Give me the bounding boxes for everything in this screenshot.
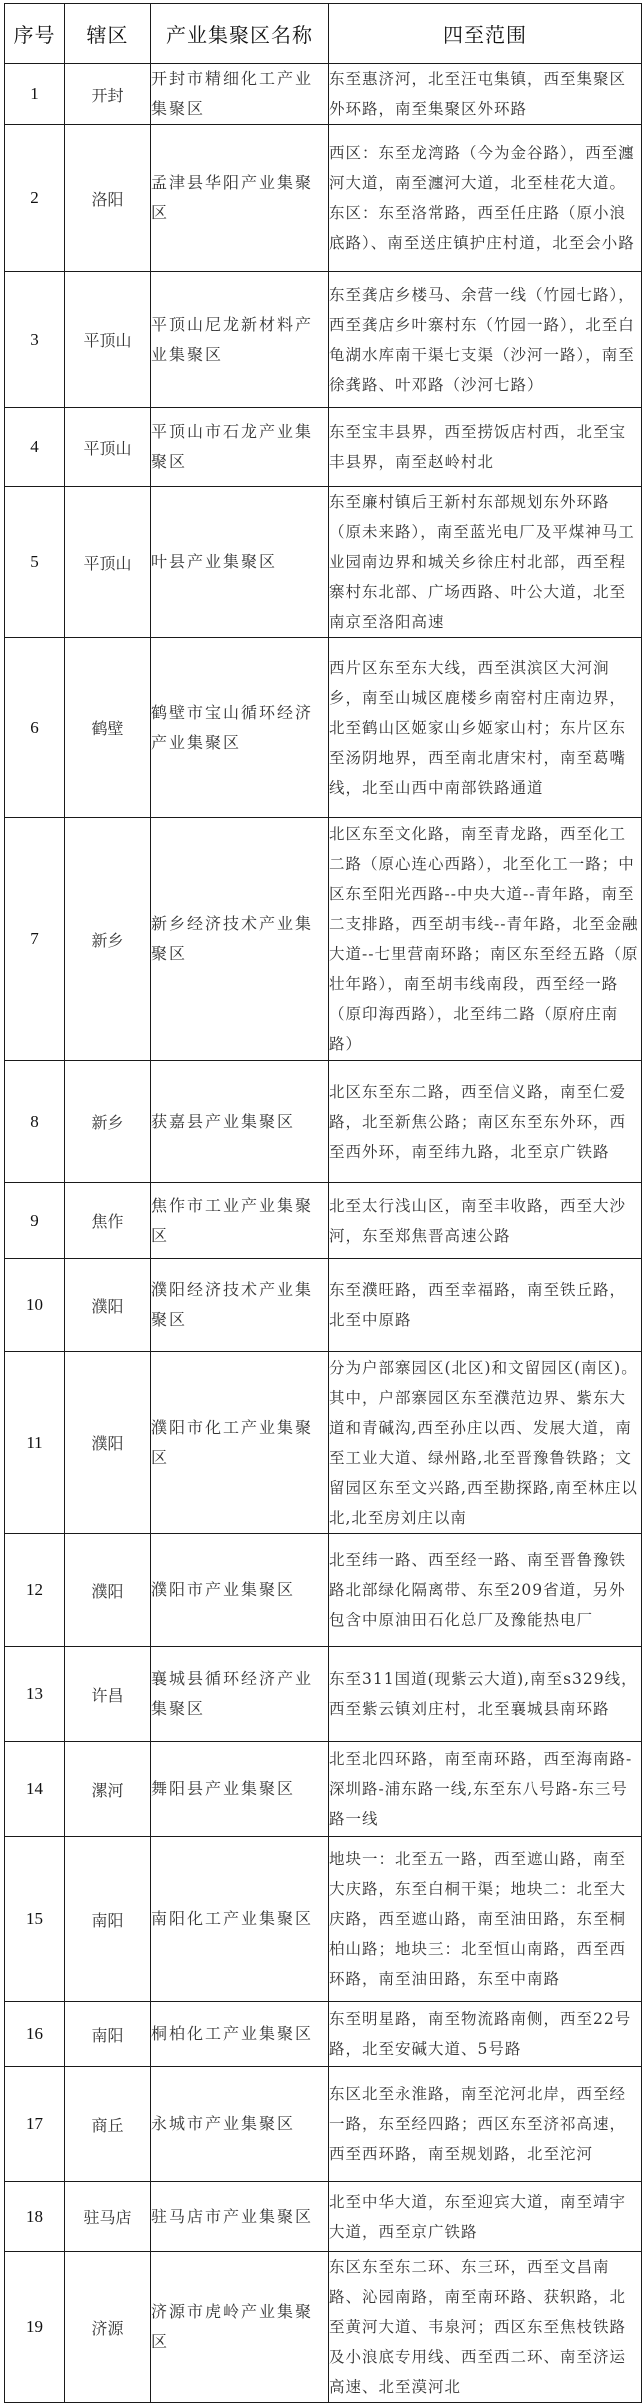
row-cluster-name: 濮阳市产业集聚区 [151,1534,329,1647]
table-row: 4平顶山平顶山市石龙产业集聚区东至宝丰县界，西至捞饭店村西，北至宝丰县界，南至赵… [5,408,642,487]
row-index: 12 [5,1534,65,1647]
row-cluster-name: 舞阳县产业集聚区 [151,1742,329,1837]
header-region: 辖区 [65,4,151,64]
row-cluster-name: 鹤壁市宝山循环经济产业集聚区 [151,638,329,818]
row-cluster-name: 济源市虎岭产业集聚区 [151,2252,329,2402]
header-cluster-name: 产业集聚区名称 [151,4,329,64]
row-index: 16 [5,2002,65,2067]
row-index: 18 [5,2182,65,2252]
row-cluster-name: 孟津县华阳产业集聚区 [151,125,329,272]
row-index: 5 [5,487,65,638]
row-boundary-scope: 西区：东至龙湾路（今为金谷路），西至瀍河大道，南至瀍河大道，北至桂花大道。东区：… [329,125,642,272]
row-boundary-scope: 地块一：北至五一路，西至遮山路，南至大庆路，东至白桐干渠；地块二：北至大庆路，西… [329,1837,642,2002]
row-region: 南阳 [65,1837,151,2002]
row-cluster-name: 襄城县循环经济产业集聚区 [151,1647,329,1742]
table-row: 12濮阳濮阳市产业集聚区北至纬一路、西至经一路、南至晋鲁豫铁路北部绿化隔离带、东… [5,1534,642,1647]
header-index: 序号 [5,4,65,64]
row-region: 濮阳 [65,1259,151,1352]
table-header-row: 序号 辖区 产业集聚区名称 四至范围 [5,4,642,64]
row-region: 焦作 [65,1183,151,1259]
row-cluster-name: 濮阳市化工产业集聚区 [151,1352,329,1534]
row-region: 商丘 [65,2067,151,2182]
table-row: 3平顶山平顶山尼龙新材料产业集聚区东至龚店乡楼马、余营一线（竹园七路），西至龚店… [5,272,642,408]
row-boundary-scope: 东至311国道(现紫云大道),南至s329线，西至紫云镇刘庄村，北至襄城县南环路 [329,1647,642,1742]
row-boundary-scope: 分为户部寨园区(北区)和文留园区(南区)。其中，户部寨园区东至濮范边界、紫东大道… [329,1352,642,1534]
row-boundary-scope: 北至北四环路，南至南环路，西至海南路-深圳路-浦东路一线,东至东八号路-东三号路… [329,1742,642,1837]
table-row: 18驻马店驻马店市产业集聚区北至中华大道，东至迎宾大道，南至靖宇大道，西至京广铁… [5,2182,642,2252]
row-boundary-scope: 北至中华大道，东至迎宾大道，南至靖宇大道，西至京广铁路 [329,2182,642,2252]
row-index: 1 [5,64,65,125]
row-region: 南阳 [65,2002,151,2067]
table-row: 6鹤壁鹤壁市宝山循环经济产业集聚区西片区东至东大线，西至淇滨区大河涧乡，南至山城… [5,638,642,818]
row-cluster-name: 平顶山市石龙产业集聚区 [151,408,329,487]
row-index: 3 [5,272,65,408]
row-cluster-name: 南阳化工产业集聚区 [151,1837,329,2002]
row-boundary-scope: 北区东至东二路，西至信义路，南至仁爱路，北至新焦公路；南区东至东外环，西至西外环… [329,1061,642,1183]
header-boundary-scope: 四至范围 [329,4,642,64]
row-cluster-name: 驻马店市产业集聚区 [151,2182,329,2252]
table-row: 2洛阳孟津县华阳产业集聚区西区：东至龙湾路（今为金谷路），西至瀍河大道，南至瀍河… [5,125,642,272]
row-index: 7 [5,818,65,1061]
table-row: 10濮阳濮阳经济技术产业集聚区东至濮旺路，西至幸福路，南至铁丘路，北至中原路 [5,1259,642,1352]
row-index: 15 [5,1837,65,2002]
row-region: 濮阳 [65,1352,151,1534]
row-cluster-name: 平顶山尼龙新材料产业集聚区 [151,272,329,408]
row-index: 9 [5,1183,65,1259]
row-region: 开封 [65,64,151,125]
row-region: 漯河 [65,1742,151,1837]
row-boundary-scope: 东至明星路，南至物流路南侧，西至22号路，北至安碱大道、5号路 [329,2002,642,2067]
row-cluster-name: 濮阳经济技术产业集聚区 [151,1259,329,1352]
row-index: 19 [5,2252,65,2402]
row-region: 驻马店 [65,2182,151,2252]
row-boundary-scope: 东区北至永淮路，南至沱河北岸，西至经一路，东至经四路；西区东至济祁高速，西至西环… [329,2067,642,2182]
row-region: 濮阳 [65,1534,151,1647]
row-index: 14 [5,1742,65,1837]
row-boundary-scope: 西片区东至东大线，西至淇滨区大河涧乡，南至山城区鹿楼乡南窑村庄南边界，北至鹤山区… [329,638,642,818]
row-index: 13 [5,1647,65,1742]
row-region: 新乡 [65,818,151,1061]
table-row: 15南阳南阳化工产业集聚区地块一：北至五一路，西至遮山路，南至大庆路，东至白桐干… [5,1837,642,2002]
row-region: 鹤壁 [65,638,151,818]
table-row: 17商丘永城市产业集聚区东区北至永淮路，南至沱河北岸，西至经一路，东至经四路；西… [5,2067,642,2182]
table-row: 16南阳桐柏化工产业集聚区东至明星路，南至物流路南侧，西至22号路，北至安碱大道… [5,2002,642,2067]
row-index: 4 [5,408,65,487]
table-row: 1开封开封市精细化工产业集聚区东至惠济河，北至汪屯集镇，西至集聚区外环路，南至集… [5,64,642,125]
row-index: 11 [5,1352,65,1534]
table-row: 8新乡获嘉县产业集聚区北区东至东二路，西至信义路，南至仁爱路，北至新焦公路；南区… [5,1061,642,1183]
table-row: 13许昌襄城县循环经济产业集聚区东至311国道(现紫云大道),南至s329线，西… [5,1647,642,1742]
row-cluster-name: 叶县产业集聚区 [151,487,329,638]
row-boundary-scope: 东区东至东二环、东三环，西至文昌南路、沁园南路，南至南环路、获轵路，北至黄河大道… [329,2252,642,2402]
row-boundary-scope: 东至惠济河，北至汪屯集镇，西至集聚区外环路，南至集聚区外环路 [329,64,642,125]
row-cluster-name: 永城市产业集聚区 [151,2067,329,2182]
row-boundary-scope: 北至太行浅山区，南至丰收路，西至大沙河，东至郑焦晋高速公路 [329,1183,642,1259]
row-boundary-scope: 东至濮旺路，西至幸福路，南至铁丘路，北至中原路 [329,1259,642,1352]
table-row: 7新乡新乡经济技术产业集聚区北区东至文化路，南至青龙路，西至化工二路（原心连心西… [5,818,642,1061]
row-region: 新乡 [65,1061,151,1183]
table-row: 11濮阳濮阳市化工产业集聚区分为户部寨园区(北区)和文留园区(南区)。其中，户部… [5,1352,642,1534]
industrial-cluster-table: 序号 辖区 产业集聚区名称 四至范围 1开封开封市精细化工产业集聚区东至惠济河，… [4,3,642,2401]
row-region: 许昌 [65,1647,151,1742]
row-cluster-name: 开封市精细化工产业集聚区 [151,64,329,125]
row-cluster-name: 焦作市工业产业集聚区 [151,1183,329,1259]
table-row: 14漯河舞阳县产业集聚区北至北四环路，南至南环路，西至海南路-深圳路-浦东路一线… [5,1742,642,1837]
row-cluster-name: 获嘉县产业集聚区 [151,1061,329,1183]
row-region: 洛阳 [65,125,151,272]
row-region: 平顶山 [65,272,151,408]
row-boundary-scope: 北至纬一路、西至经一路、南至晋鲁豫铁路北部绿化隔离带、东至209省道，另外包含中… [329,1534,642,1647]
table-body: 1开封开封市精细化工产业集聚区东至惠济河，北至汪屯集镇，西至集聚区外环路，南至集… [5,64,642,2402]
row-region: 平顶山 [65,487,151,638]
row-region: 平顶山 [65,408,151,487]
row-cluster-name: 新乡经济技术产业集聚区 [151,818,329,1061]
table-row: 5平顶山叶县产业集聚区东至廉村镇后王新村东部规划东外环路（原未来路），南至蓝光电… [5,487,642,638]
row-cluster-name: 桐柏化工产业集聚区 [151,2002,329,2067]
row-index: 8 [5,1061,65,1183]
row-index: 6 [5,638,65,818]
row-boundary-scope: 北区东至文化路，南至青龙路，西至化工二路（原心连心西路），北至化工一路；中区东至… [329,818,642,1061]
row-index: 10 [5,1259,65,1352]
row-boundary-scope: 东至宝丰县界，西至捞饭店村西，北至宝丰县界，南至赵岭村北 [329,408,642,487]
row-boundary-scope: 东至廉村镇后王新村东部规划东外环路（原未来路），南至蓝光电厂及平煤神马工业园南边… [329,487,642,638]
table-row: 19济源济源市虎岭产业集聚区东区东至东二环、东三环，西至文昌南路、沁园南路，南至… [5,2252,642,2402]
table-row: 9焦作焦作市工业产业集聚区北至太行浅山区，南至丰收路，西至大沙河，东至郑焦晋高速… [5,1183,642,1259]
row-boundary-scope: 东至龚店乡楼马、余营一线（竹园七路），西至龚店乡叶寨村东（竹园一路），北至白龟湖… [329,272,642,408]
row-region: 济源 [65,2252,151,2402]
row-index: 17 [5,2067,65,2182]
row-index: 2 [5,125,65,272]
